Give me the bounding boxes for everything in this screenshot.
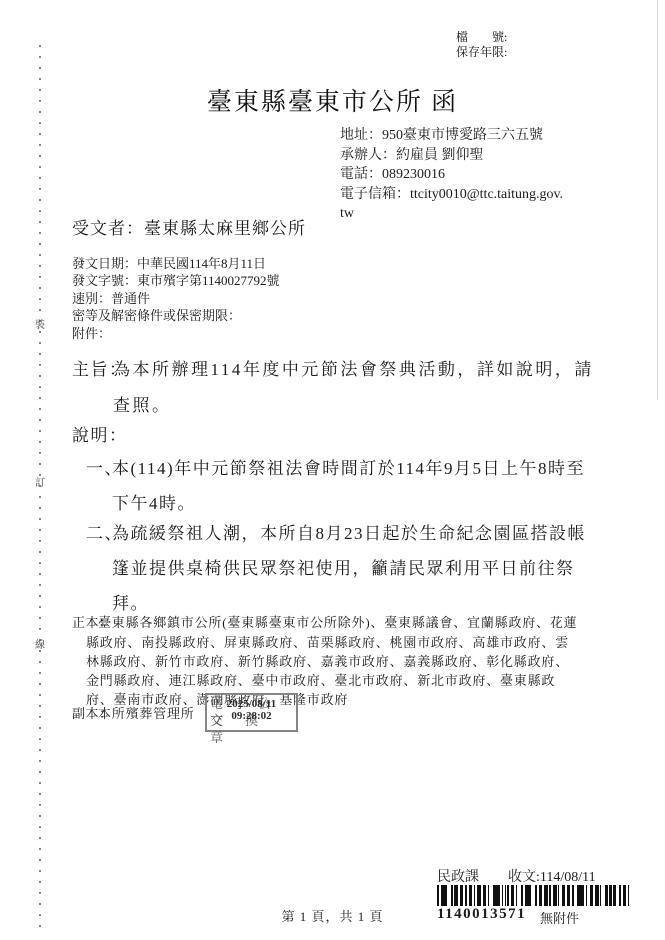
- item1-line-2: 下午4時。: [112, 489, 196, 514]
- attachment-field: 附件：: [72, 325, 280, 342]
- binding-mark-zhuang: 裝: [32, 320, 48, 332]
- stamp-date: 2025/08/11: [207, 698, 296, 710]
- retention-period-label: 保存年限:: [456, 45, 507, 60]
- cc-copy-text: 本所殯葬管理所: [98, 703, 195, 722]
- official-letter-page: 裝 訂 線 檔 號: 保存年限: 臺東縣臺東市公所 函 地址：950臺東市博愛路…: [0, 0, 665, 940]
- explanation-label: 說明：: [72, 421, 128, 446]
- received-date: 收文:114/08/11: [508, 866, 596, 886]
- recipient-line: 受文者：臺東縣太麻里鄉公所: [72, 214, 306, 239]
- binding-dotted-line: [39, 45, 41, 935]
- issue-date: 發文日期：中華民國114年8月11日: [72, 255, 280, 272]
- primary-copy-line-1: 臺東縣各鄉鎮市公所(臺東縣臺東市公所除外)、臺東縣議會、宜蘭縣政府、花蓮: [98, 612, 577, 631]
- page-number-footer: 第 1 頁，共 1 頁: [0, 906, 665, 925]
- doc-number: 發文字號：東市殯字第1140027792號: [72, 272, 280, 289]
- subject-line-1: 為本所辦理114年度中元節法會祭典活動，詳如說明，請: [113, 355, 594, 380]
- scan-edge-line: [657, 0, 658, 400]
- security-class: 密等及解密條件或保密期限：: [72, 307, 280, 324]
- contact-person: 承辦人：約雇員 劉仰聖: [340, 146, 563, 166]
- binding-mark-xian: 線: [32, 640, 48, 652]
- contact-email-line2: tw: [340, 204, 563, 224]
- electronic-exchange-stamp: 電子公文 交換章 2025/08/11 09:28:02: [205, 693, 298, 732]
- item2-line-2: 篷並提供桌椅供民眾祭祀使用，籲請民眾利用平日前往祭: [112, 554, 575, 579]
- primary-copy-line-4: 金門縣政府、連江縣政府、臺中市政府、臺北市政府、新北市政府、臺東縣政: [86, 670, 555, 689]
- contact-phone: 電話：089230016: [340, 165, 563, 185]
- file-number-block: 檔 號: 保存年限:: [456, 30, 507, 60]
- contact-block: 地址：950臺東市博愛路三六五號 承辦人：約雇員 劉仰聖 電話：08923001…: [340, 126, 563, 224]
- speed-class: 速別：普通件: [72, 290, 280, 307]
- subject-line-2: 查照。: [113, 391, 172, 416]
- contact-address: 地址：950臺東市博愛路三六五號: [340, 126, 563, 146]
- file-no-label: 檔 號:: [456, 30, 507, 45]
- meta-block: 發文日期：中華民國114年8月11日 發文字號：東市殯字第1140027792號…: [72, 255, 280, 342]
- contact-email-line1: 電子信箱：ttcity0010@ttc.taitung.gov.: [340, 185, 563, 205]
- item2-line-3: 拜。: [112, 589, 149, 614]
- document-barcode: [437, 885, 630, 906]
- item2-line-1: 為疏緩祭祖人潮，本所自8月23日起於生命紀念園區搭設帳: [112, 519, 586, 544]
- primary-copy-line-2: 縣政府、南投縣政府、屏東縣政府、苗栗縣政府、桃園市政府、高雄市政府、雲: [86, 632, 569, 651]
- receiving-department: 民政課: [437, 866, 479, 886]
- primary-copy-line-3: 林縣政府、新竹市政府、新竹縣政府、嘉義市政府、嘉義縣政府、彰化縣政府、: [86, 651, 569, 670]
- binding-mark-ding: 訂: [32, 478, 48, 490]
- item1-line-1: 本(114)年中元節祭祖法會時間訂於114年9月5日上午8時至: [112, 454, 585, 479]
- stamp-time: 09:28:02: [207, 710, 296, 722]
- document-title: 臺東縣臺東市公所 函: [0, 82, 665, 118]
